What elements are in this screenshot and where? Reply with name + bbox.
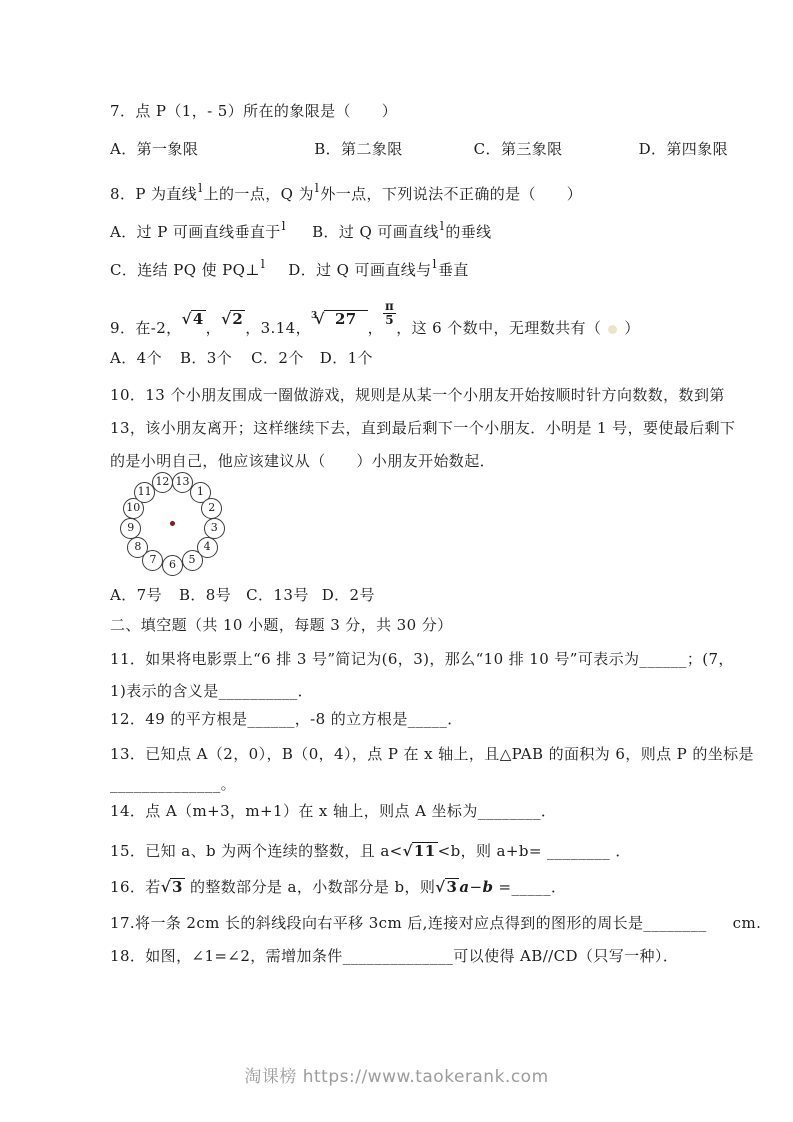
spacer [309,599,322,600]
text-segment: 18．如图，∠1=∠2，需增加条件______________可以使得 AB//… [110,947,678,965]
text-segment: − [469,878,482,896]
text-segment: 1)表示的含义是__________． [110,682,313,700]
sqrt-expression: √2 [221,308,245,330]
text-segment: <b，则 a+b= ________ ． [438,842,631,860]
text-segment: 垂直 [438,261,469,279]
circle-number-5: 5 [182,550,203,571]
spacer [162,599,179,600]
text-segment: 13，该小朋友离开；这样继续下去，直到最后剩下一个小朋友．小明是 1 号，要使最… [110,419,735,437]
line-letter-l: l [314,177,320,199]
question-10-options: A．7号B．8号C．13号D．2号 [110,584,750,606]
text-segment: D．2号 [322,586,375,604]
question-8-options-cd: C．连结 PQ 使 PQ⊥lD．过 Q 可画直线与l垂直 [110,259,750,282]
text-segment: ，3.14， [245,319,311,337]
text-segment: 的整数部分是 a，小数部分是 b，则 [185,878,435,896]
radicand: 2 [230,310,245,327]
line-letter-l: l [439,215,445,237]
question-10-line2: 13，该小朋友离开；这样继续下去，直到最后剩下一个小朋友．小明是 1 号，要使最… [110,417,750,439]
text-segment: 17.将一条 2cm 长的斜线段向右平移 3cm 后,连接对应点得到的图形的周长… [110,914,707,932]
text-segment: C．连结 PQ 使 PQ⊥ [110,261,260,279]
exam-content: 7．点 P（1，- 5）所在的象限是（ ）A．第一象限B．第二象限C．第三象限D… [110,100,750,967]
spacer [198,153,314,154]
text-segment: 外一点，下列说法不正确的是（ ） [320,185,582,203]
text-segment: B．8号 [179,586,231,604]
text-segment: B．过 Q 可画直线 [312,223,439,241]
text-segment: 8．P 为直线 [110,185,197,203]
spacer [287,236,312,237]
answer-hint-dot [608,325,617,334]
question-18: 18．如图，∠1=∠2，需增加条件______________可以使得 AB//… [110,945,750,967]
question-8-options-ab: A．过 P 可画直线垂直于lB．过 Q 可画直线l的垂线 [110,221,750,244]
text-segment: 13．已知点 A（2，0），B（0，4），点 P 在 x 轴上，且△PAB 的面… [110,745,754,763]
text-segment: ，这 6 个数中，无理数共有（ [396,319,601,337]
numerator: π [383,300,396,314]
radicand: 3 [170,878,185,895]
spacer [162,362,180,363]
circle-number-2: 2 [201,498,222,519]
footer-watermark: 淘课榜 https://www.taokerank.com [0,1062,793,1087]
radicand: 27 [324,310,368,327]
text-segment: D．第四象限 [639,140,728,158]
radicand: 11 [412,842,438,859]
spacer [232,362,251,363]
exam-paper-page: 7．点 P（1，- 5）所在的象限是（ ）A．第一象限B．第二象限C．第三象限D… [0,0,793,1122]
text-segment: 上的一点，Q 为 [204,185,314,203]
question-15: 15．已知 a、b 为两个连续的整数，且 a<√11<b，则 a+b= ____… [110,840,750,862]
radicand: 3 [445,878,460,895]
question-12: 12．49 的平方根是______，-8 的立方根是_____． [110,708,750,730]
text-segment: 12．49 的平方根是______，-8 的立方根是_____． [110,710,463,728]
sqrt-expression: √3 [435,876,459,898]
sqrt-expression: √4 [182,308,206,330]
text-segment: 15．已知 a、b 为两个连续的整数，且 a< [110,842,403,860]
line-letter-l: l [281,215,287,237]
circle-diagram: 12345678910111213 [110,468,370,580]
sqrt-expression: √11 [403,840,438,862]
text-segment: 16．若 [110,878,161,896]
text-segment: cm. [733,914,762,932]
italic-variable: a [459,878,469,896]
text-segment: 二、填空题（共 10 小题，每题 3 分，共 30 分） [110,616,453,634]
text-segment: A．4个 [110,349,162,367]
text-segment: D．过 Q 可画直线与 [288,261,431,279]
denominator: 5 [383,314,396,327]
line-letter-l: l [432,253,438,275]
question-13-line2: ______________。 [110,773,750,795]
text-segment: =_____． [493,878,566,896]
question-13-line1: 13．已知点 A（2，0），B（0，4），点 P 在 x 轴上，且△PAB 的面… [110,743,750,765]
question-10-line1: 10．13 个小朋友围成一圈做游戏，规则是从某一个小朋友开始按顺时针方向数数，数… [110,384,750,406]
question-16: 16．若√3 的整数部分是 a，小数部分是 b，则√3a−b =_____． [110,876,750,898]
sqrt-expression: √3 [161,876,185,898]
question-11-line2: 1)表示的含义是__________． [110,680,750,702]
line-letter-l: l [260,253,266,275]
text-segment: A．过 P 可画直线垂直于 [110,223,281,241]
radicand: 4 [191,310,206,327]
spacer [266,274,288,275]
text-segment: B．3个 [180,349,232,367]
spacer [563,153,639,154]
text-segment: C．13号 [246,586,309,604]
text-segment: ______________。 [110,775,236,793]
question-7: 7．点 P（1，- 5）所在的象限是（ ） [110,100,750,122]
italic-variable: b [482,878,493,896]
text-segment: 11．如果将电影票上“6 排 3 号”简记为(6，3)，那么“10 排 10 号… [110,650,734,668]
circle-number-6: 6 [162,555,183,576]
question-7-options: A．第一象限B．第二象限C．第三象限D．第四象限 [110,138,750,160]
spacer [707,927,733,928]
text-segment: A．第一象限 [110,140,198,158]
question-11-line1: 11．如果将电影票上“6 排 3 号”简记为(6，3)，那么“10 排 10 号… [110,648,750,670]
text-segment: 7．点 P（1，- 5）所在的象限是（ ） [110,102,397,120]
text-segment: B．第二象限 [314,140,402,158]
question-9-options: A．4个B．3个C．2个D．1个 [110,347,750,369]
spacer [304,362,320,363]
text-segment: C．第三象限 [474,140,563,158]
question-14: 14．点 A（m+3，m+1）在 x 轴上，则点 A 坐标为________． [110,800,750,822]
spacer [403,153,474,154]
question-17: 17.将一条 2cm 长的斜线段向右平移 3cm 后,连接对应点得到的图形的周长… [110,912,750,934]
question-8: 8．P 为直线l上的一点，Q 为l外一点，下列说法不正确的是（ ） [110,183,750,206]
text-segment: A．7号 [110,586,162,604]
sqrt-expression: 3√27 [311,308,368,333]
line-letter-l: l [197,177,203,199]
root-index: 3 [311,305,318,327]
text-segment: 14．点 A（m+3，m+1）在 x 轴上，则点 A 坐标为________． [110,802,556,820]
text-segment: ， [368,319,383,337]
fraction: π5 [383,300,396,327]
text-segment: ） [624,319,639,337]
text-segment: D．1个 [320,349,373,367]
spacer [231,599,246,600]
text-segment: ， [206,319,221,337]
text-segment: 10．13 个小朋友围成一圈做游戏，规则是从某一个小朋友开始按顺时针方向数数，数… [110,386,725,404]
text-segment: C．2个 [251,349,304,367]
text-segment: 9．在-2， [110,319,182,337]
question-9: 9．在-2，√4，√2，3.14，3√27，π5，这 6 个数中，无理数共有（） [110,300,750,339]
section-2-header: 二、填空题（共 10 小题，每题 3 分，共 30 分） [110,614,750,636]
center-dot [170,521,175,526]
text-segment: 的垂线 [445,223,491,241]
